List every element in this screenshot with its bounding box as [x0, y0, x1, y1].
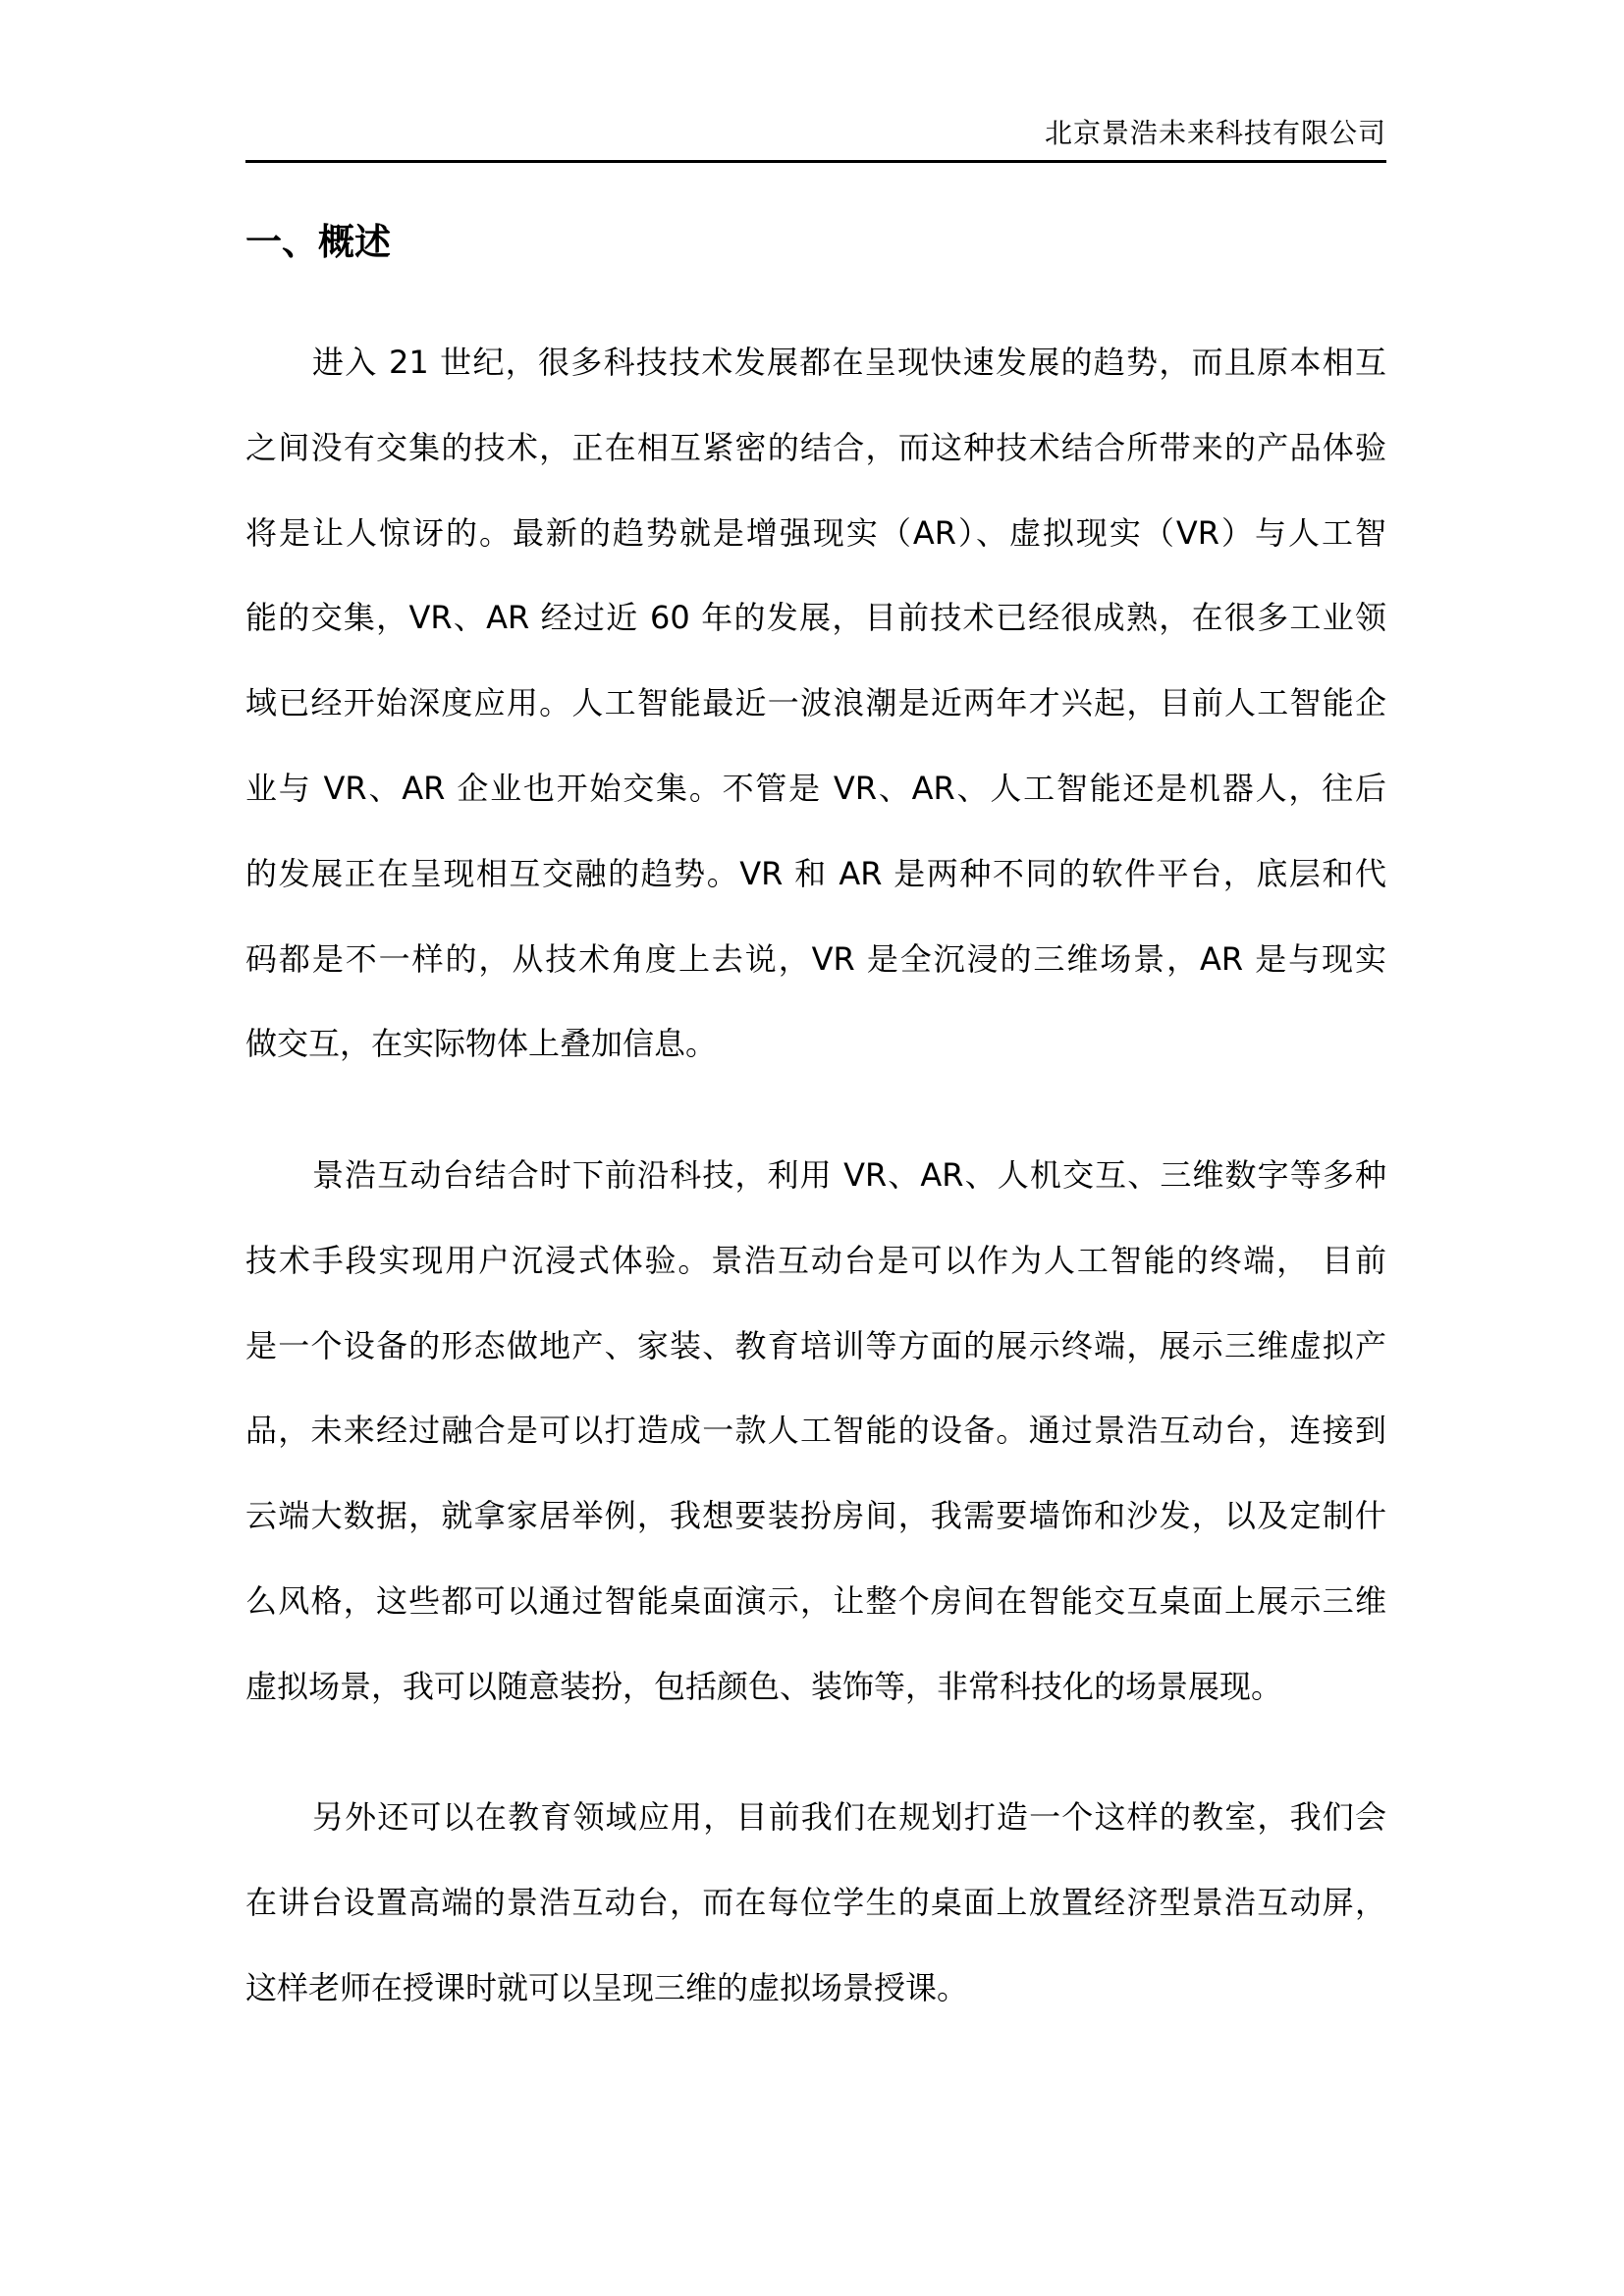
paragraph-line: 么风格，这些都可以通过智能桌面演示，让整个房间在智能交互桌面上展示三维 — [245, 1559, 1386, 1644]
paragraph-line: 将是让人惊讶的。最新的趋势就是增强现实（AR）、虚拟现实（VR）与人工智 — [245, 491, 1386, 576]
paragraph-line: 景浩互动台结合时下前沿科技，利用 VR、AR、人机交互、三维数字等多种 — [245, 1133, 1386, 1218]
paragraph-line: 进入 21 世纪，很多科技技术发展都在呈现快速发展的趋势，而且原本相互 — [245, 320, 1386, 405]
paragraph-line: 云端大数据，就拿家居举例，我想要装扮房间，我需要墙饰和沙发，以及定制什 — [245, 1473, 1386, 1559]
section-title: 一、概述 — [245, 218, 391, 267]
paragraph-line: 品，未来经过融合是可以打造成一款人工智能的设备。通过景浩互动台，连接到 — [245, 1388, 1386, 1473]
paragraph-education: 另外还可以在教育领域应用，目前我们在规划打造一个这样的教室，我们会 在讲台设置高… — [245, 1775, 1386, 2030]
company-name: 北京景浩未来科技有限公司 — [1045, 114, 1386, 153]
paragraph-line: 之间没有交集的技术，正在相互紧密的结合，而这种技术结合所带来的产品体验 — [245, 405, 1386, 491]
page-header: 北京景浩未来科技有限公司 — [245, 114, 1386, 163]
paragraph-line: 的发展正在呈现相互交融的趋势。VR 和 AR 是两种不同的软件平台，底层和代 — [245, 831, 1386, 917]
paragraph-line: 虚拟场景，我可以随意装扮，包括颜色、装饰等，非常科技化的场景展现。 — [245, 1644, 1386, 1730]
paragraph-line: 这样老师在授课时就可以呈现三维的虚拟场景授课。 — [245, 1946, 1386, 2031]
paragraph-line: 能的交集，VR、AR 经过近 60 年的发展，目前技术已经很成熟，在很多工业领 — [245, 575, 1386, 661]
paragraph-line: 业与 VR、AR 企业也开始交集。不管是 VR、AR、人工智能还是机器人，往后 — [245, 746, 1386, 831]
header-divider — [245, 160, 1386, 163]
paragraph-line: 域已经开始深度应用。人工智能最近一波浪潮是近两年才兴起，目前人工智能企 — [245, 661, 1386, 746]
paragraph-line: 做交互，在实际物体上叠加信息。 — [245, 1001, 1386, 1087]
paragraph-line: 码都是不一样的，从技术角度上去说，VR 是全沉浸的三维场景，AR 是与现实 — [245, 917, 1386, 1002]
paragraph-line: 技术手段实现用户沉浸式体验。景浩互动台是可以作为人工智能的终端， 目前 — [245, 1218, 1386, 1304]
paragraph-line: 在讲台设置高端的景浩互动台，而在每位学生的桌面上放置经济型景浩互动屏， — [245, 1860, 1386, 1946]
paragraph-product: 景浩互动台结合时下前沿科技，利用 VR、AR、人机交互、三维数字等多种 技术手段… — [245, 1133, 1386, 1730]
paragraph-line: 另外还可以在教育领域应用，目前我们在规划打造一个这样的教室，我们会 — [245, 1775, 1386, 1860]
paragraph-line: 是一个设备的形态做地产、家装、教育培训等方面的展示终端，展示三维虚拟产 — [245, 1304, 1386, 1389]
paragraph-intro: 进入 21 世纪，很多科技技术发展都在呈现快速发展的趋势，而且原本相互 之间没有… — [245, 320, 1386, 1087]
